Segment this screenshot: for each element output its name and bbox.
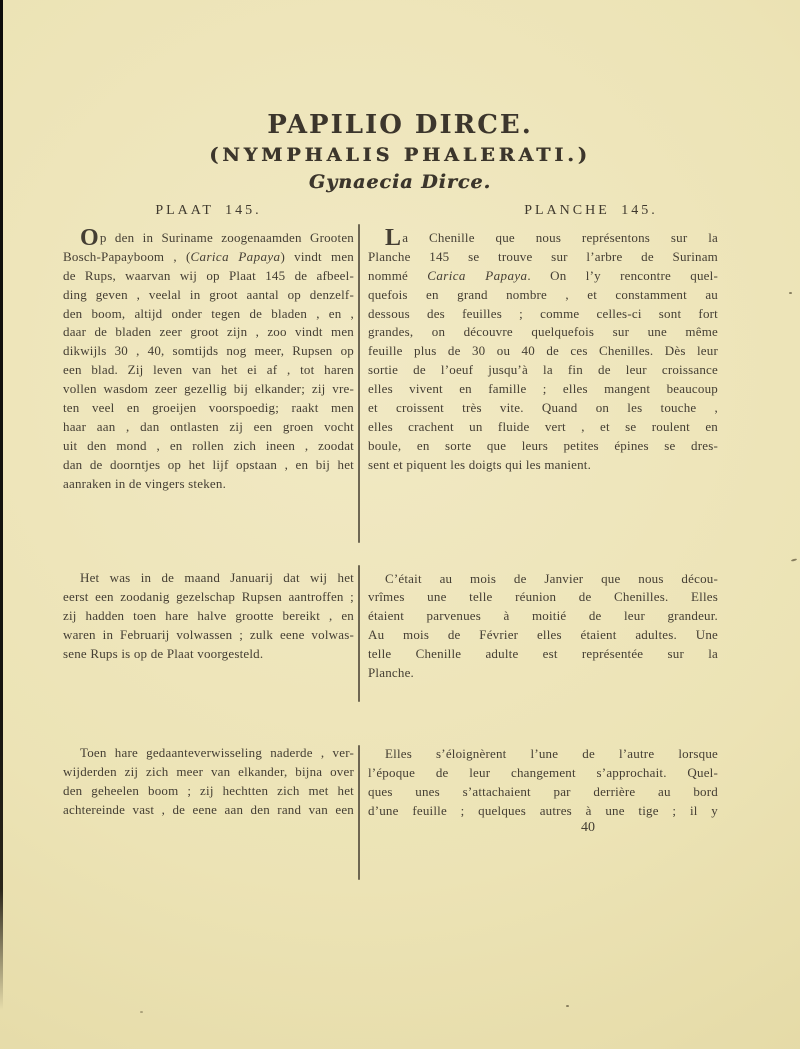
species-synonym-subtitle: (NYMPHALIS PHALERATI.) [0,144,800,166]
text-line: Planche 145 se trouve sur l’arbre de Sur… [368,248,718,267]
plate-heading-french: PLANCHE 145. [416,203,766,219]
text-line: vrîmes une telle réunion de Chenilles. E… [368,588,718,607]
paper-speck [140,1011,143,1013]
text-line: dessous des feuilles ; comme celles-ci s… [368,305,718,324]
text-line: wijderden zij zich meer van elkander, bi… [63,763,354,782]
text-line: feuille plus de 30 ou 40 de ces Chenille… [368,342,718,361]
text-line: dan de doorntjes op het lijf opstaan , e… [63,456,354,475]
text-line: sortie de l’oeuf jusqu’à la fin de leur … [368,361,718,380]
text-line: eerst een zoodanig gezelschap Rupsen aan… [63,588,354,607]
paper-speck [791,558,797,561]
text-line: dikwijls 30 , 40, somtijds nog meer, Rup… [63,342,354,361]
text-line: uit den mond , en rollen zich ineen , zo… [63,437,354,456]
text-line: étaient parvenues à moitié de leur grand… [368,607,718,626]
text-line: telle Chenille adulte est représentée su… [368,645,718,664]
paper-speck [789,292,792,294]
paragraph: Op den in Suriname zoogenaamden GrootenB… [63,229,354,493]
text-line: ding geven , veelal in groot aantal op d… [63,286,354,305]
french-column: PLANCHE 145. La Chenille que nous représ… [368,203,718,836]
page-title: PAPILIO DIRCE. [0,110,800,140]
column-divider-rule [358,224,360,543]
text-line: sent et piquent les doigts qui les manie… [368,456,718,475]
text-line: elles crachent un fluide vert , et se ro… [368,418,718,437]
text-line: La Chenille que nous représentons sur la [368,229,718,248]
text-line: haar aan , dan ontlasten zij een groen v… [63,418,354,437]
text-line: Het was in de maand Januarij dat wij het [63,569,354,588]
dutch-column: PLAAT 145. Op den in Suriname zoogenaamd… [63,203,354,819]
text-line: et croissent très vite. Quand on les tou… [368,399,718,418]
text-line: C’était au mois de Janvier que nous déco… [368,570,718,589]
text-line: Op den in Suriname zoogenaamden Grooten [63,229,354,248]
column-divider-rule [358,565,360,702]
text-line: Au mois de Février elles étaient adultes… [368,626,718,645]
text-line: d’une feuille ; quelques autres à une ti… [368,802,718,821]
text-line: l’époque de leur changement s’approchait… [368,764,718,783]
text-line: den boom, altijd onder tegen de bladen ,… [63,305,354,324]
text-line: daar de bladen zeer groot zijn , zoo vin… [63,323,354,342]
paragraph: Toen hare gedaanteverwisseling naderde ,… [63,744,354,820]
text-line: aanraken in de vingers steken. [63,475,354,494]
paper-speck [566,1005,569,1007]
text-line: Elles s’éloignèrent l’une de l’autre lor… [368,745,718,764]
plate-heading-dutch: PLAAT 145. [63,203,354,219]
text-line: boule, en sorte que leurs petites épines… [368,437,718,456]
paragraph: Elles s’éloignèrent l’une de l’autre lor… [368,745,718,821]
text-line: de Rups, waarvan wij op Plaat 145 de afb… [63,267,354,286]
text-line: ques unes s’attachaient par derrière au … [368,783,718,802]
text-line: sene Rups is op de Plaat voorgesteld. [63,645,354,664]
text-line: ten veel en groeijen voorspoedig; raakt … [63,399,354,418]
text-line: den geheelen boom ; zij hechtten zich me… [63,782,354,801]
text-line: vollen wasdom zeer gezellig bij elkander… [63,380,354,399]
text-line: een blad. Zij leven van het ei af , tot … [63,361,354,380]
text-line: nommé Carica Papaya. On l’y rencontre qu… [368,267,718,286]
page-number: 40 [413,820,763,836]
text-line: Planche. [368,664,718,683]
species-name: Gynaecia Dirce. [0,171,800,193]
paragraph: La Chenille que nous représentons sur la… [368,229,718,475]
text-line: Bosch-Papayboom , (Carica Papaya) vindt … [63,248,354,267]
text-line: quefois en grand nombre , et constamment… [368,286,718,305]
text-line: waren in Februarij volwassen ; zulk eene… [63,626,354,645]
paragraph: C’était au mois de Janvier que nous déco… [368,570,718,683]
text-line: grandes, on découvre quelquefois sur une… [368,323,718,342]
text-line: achtereinde vast , de eene aan den rand … [63,801,354,820]
text-line: elles vivent en famille ; elles mangent … [368,380,718,399]
column-divider-rule [358,745,360,880]
text-line: Toen hare gedaanteverwisseling naderde ,… [63,744,354,763]
text-line: zij hadden toen hare halve grootte berei… [63,607,354,626]
paragraph: Het was in de maand Januarij dat wij het… [63,569,354,663]
